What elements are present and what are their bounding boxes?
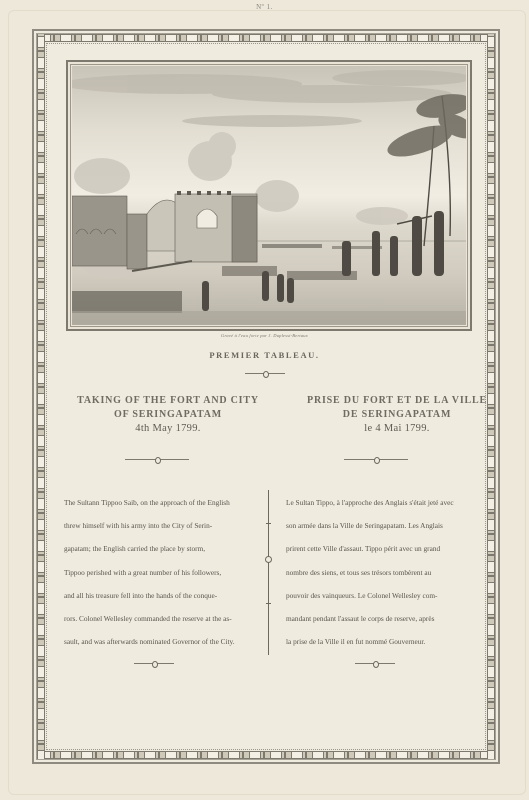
french-line: Le Sultan Tippo, à l'approche des Anglai… [286, 491, 492, 514]
french-heading: PRISE DU FORT ET DE LA VILLE DE SERINGAP… [287, 394, 507, 436]
french-title-line1: PRISE DU FORT ET DE LA VILLE [287, 394, 507, 408]
english-line: Tippoo perished with a great number of h… [64, 561, 270, 584]
english-text: The Sultann Tippoo Saib, on the approach… [64, 491, 270, 653]
english-line: threw himself with his army into the Cit… [64, 514, 270, 537]
french-line: pouvoir des vainqueurs. Le Colonel Welle… [286, 584, 492, 607]
french-title-line2: DE SERINGAPATAM [287, 408, 507, 422]
english-line: and all his treasure fell into the hands… [64, 584, 270, 607]
english-flourish [125, 458, 189, 461]
engraver-credit: Gravé à l'eau forte par J. Duplessi-Bert… [0, 333, 529, 338]
english-title-line2: OF SERINGAPATAM [58, 408, 278, 422]
series-title: PREMIER TABLEAU. [0, 350, 529, 360]
english-title-line1: TAKING OF THE FORT AND CITY [58, 394, 278, 408]
french-line: prirent cette Ville d'assaut. Tippo péri… [286, 537, 492, 560]
center-divider [268, 490, 269, 655]
french-line: son armée dans la Ville de Seringapatam.… [286, 514, 492, 537]
center-divider-ornament [265, 556, 272, 563]
english-line: gapatam; the English carried the place b… [64, 537, 270, 560]
english-heading: TAKING OF THE FORT AND CITY OF SERINGAPA… [58, 394, 278, 436]
english-line: sault, and was afterwards nominated Gove… [64, 630, 270, 653]
frame-border-top [37, 34, 495, 42]
engraving-image [72, 66, 466, 325]
center-divider-tick [266, 603, 271, 604]
frame-border-bottom [37, 751, 495, 759]
english-line: The Sultann Tippoo Saib, on the approach… [64, 491, 270, 514]
french-line: la prise de la Ville il en fut nommé Gou… [286, 630, 492, 653]
center-divider-tick [266, 523, 271, 524]
frame-border-left [37, 34, 45, 759]
french-flourish [344, 458, 408, 461]
english-line: rors. Colonel Wellesley commanded the re… [64, 607, 270, 630]
french-line: mandant pendant l'assaut le corps de res… [286, 607, 492, 630]
french-line: nombre des siens, et tous ses trésors to… [286, 561, 492, 584]
plate-number: Nº 1. [0, 3, 529, 11]
english-date: 4th May 1799. [58, 422, 278, 436]
title-flourish [245, 372, 285, 375]
english-end-flourish [134, 662, 174, 665]
french-text: Le Sultan Tippo, à l'approche des Anglai… [286, 491, 492, 653]
french-end-flourish [355, 662, 395, 665]
french-date: le 4 Mai 1799. [287, 422, 507, 436]
